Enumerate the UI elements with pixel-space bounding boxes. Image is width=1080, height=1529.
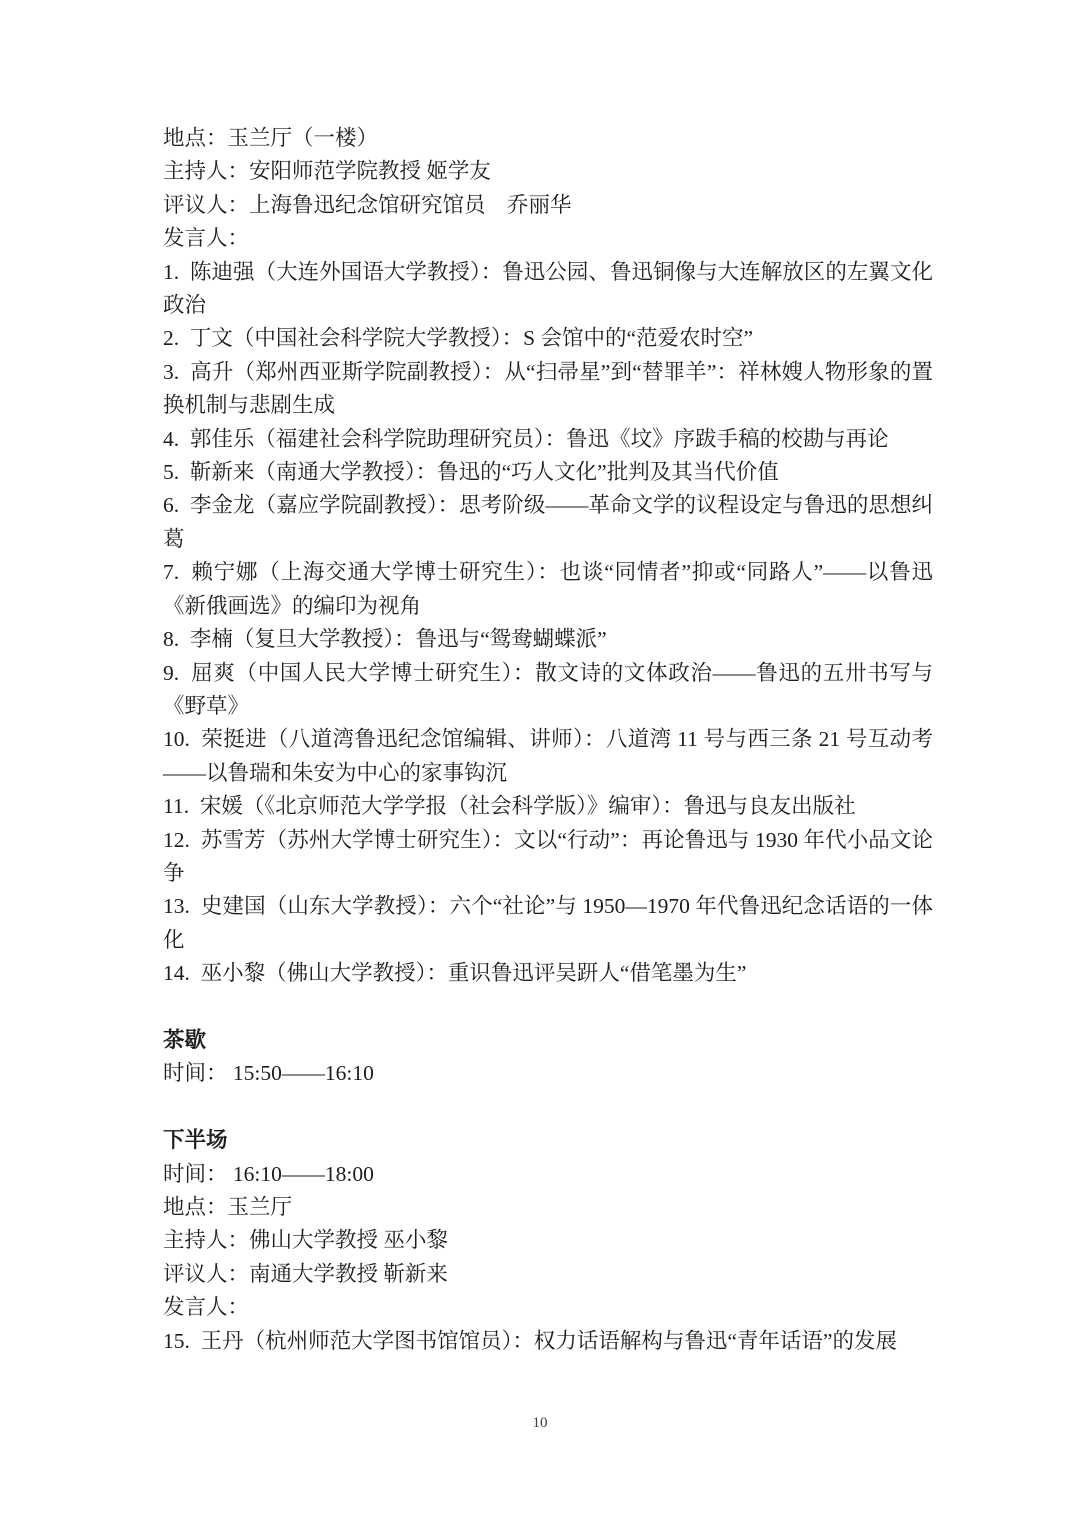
speaker-item: 6. 李金龙（嘉应学院副教授）：思考阶级——革命文学的议程设定与鲁迅的思想纠葛: [163, 489, 933, 556]
speaker-item: 12. 苏雪芳（苏州大学博士研究生）：文以“行动”：再论鲁迅与 1930 年代小…: [163, 824, 933, 891]
speakers-list-first-half: 1. 陈迪强（大连外国语大学教授）：鲁迅公园、鲁迅铜像与大连解放区的左翼文化政治…: [163, 256, 933, 991]
page-content: 地点：玉兰厅（一楼） 主持人：安阳师范学院教授 姬学友 评议人：上海鲁迅纪念馆研…: [163, 122, 933, 1358]
session-discussant: 评议人：上海鲁迅纪念馆研究馆员 乔丽华: [163, 189, 933, 222]
tea-break-section: 茶歇 时间： 15:50——16:10: [163, 1024, 933, 1091]
tea-break-title: 茶歇: [163, 1024, 933, 1057]
session-discussant: 评议人：南通大学教授 靳新来: [163, 1258, 933, 1291]
session-location: 地点：玉兰厅: [163, 1191, 933, 1224]
session-time: 时间： 16:10——18:00: [163, 1158, 933, 1191]
tea-break-time: 时间： 15:50——16:10: [163, 1057, 933, 1090]
speaker-item: 1. 陈迪强（大连外国语大学教授）：鲁迅公园、鲁迅铜像与大连解放区的左翼文化政治: [163, 256, 933, 323]
speaker-item: 3. 高升（郑州西亚斯学院副教授）：从“扫帚星”到“替罪羊”：祥林嫂人物形象的置…: [163, 356, 933, 423]
speakers-list-second-half: 15. 王丹（杭州师范大学图书馆馆员）：权力话语解构与鲁迅“青年话语”的发展: [163, 1325, 933, 1358]
speaker-item: 9. 屈爽（中国人民大学博士研究生）：散文诗的文体政治——鲁迅的五卅书写与《野草…: [163, 657, 933, 724]
speaker-item: 4. 郭佳乐（福建社会科学院助理研究员）：鲁迅《坟》序跋手稿的校勘与再论: [163, 423, 933, 456]
first-half-session: 地点：玉兰厅（一楼） 主持人：安阳师范学院教授 姬学友 评议人：上海鲁迅纪念馆研…: [163, 122, 933, 991]
document-page: 地点：玉兰厅（一楼） 主持人：安阳师范学院教授 姬学友 评议人：上海鲁迅纪念馆研…: [0, 0, 1080, 1529]
speaker-item: 15. 王丹（杭州师范大学图书馆馆员）：权力话语解构与鲁迅“青年话语”的发展: [163, 1325, 933, 1358]
speaker-item: 10. 荣挺进（八道湾鲁迅纪念馆编辑、讲师）：八道湾 11 号与西三条 21 号…: [163, 723, 933, 790]
session-host: 主持人：佛山大学教授 巫小黎: [163, 1224, 933, 1257]
speaker-item: 13. 史建国（山东大学教授）：六个“社论”与 1950—1970 年代鲁迅纪念…: [163, 890, 933, 957]
page-number: 10: [0, 1412, 1080, 1434]
section-gap: [163, 991, 933, 1024]
session-host: 主持人：安阳师范学院教授 姬学友: [163, 155, 933, 188]
speakers-label: 发言人：: [163, 1291, 933, 1324]
speaker-item: 2. 丁文（中国社会科学院大学教授）：S 会馆中的“范爱农时空”: [163, 322, 933, 355]
speaker-item: 11. 宋媛（《北京师范大学学报（社会科学版）》编审）：鲁迅与良友出版社: [163, 790, 933, 823]
speaker-item: 14. 巫小黎（佛山大学教授）：重识鲁迅评吴趼人“借笔墨为生”: [163, 957, 933, 990]
session-location: 地点：玉兰厅（一楼）: [163, 122, 933, 155]
section-gap: [163, 1091, 933, 1124]
speakers-label: 发言人：: [163, 222, 933, 255]
second-half-session: 下半场 时间： 16:10——18:00 地点：玉兰厅 主持人：佛山大学教授 巫…: [163, 1124, 933, 1358]
speaker-item: 8. 李楠（复旦大学教授）：鲁迅与“鸳鸯蝴蝶派”: [163, 623, 933, 656]
second-half-title: 下半场: [163, 1124, 933, 1157]
speaker-item: 5. 靳新来（南通大学教授）：鲁迅的“巧人文化”批判及其当代价值: [163, 456, 933, 489]
speaker-item: 7. 赖宁娜（上海交通大学博士研究生）：也谈“同情者”抑或“同路人”——以鲁迅《…: [163, 556, 933, 623]
